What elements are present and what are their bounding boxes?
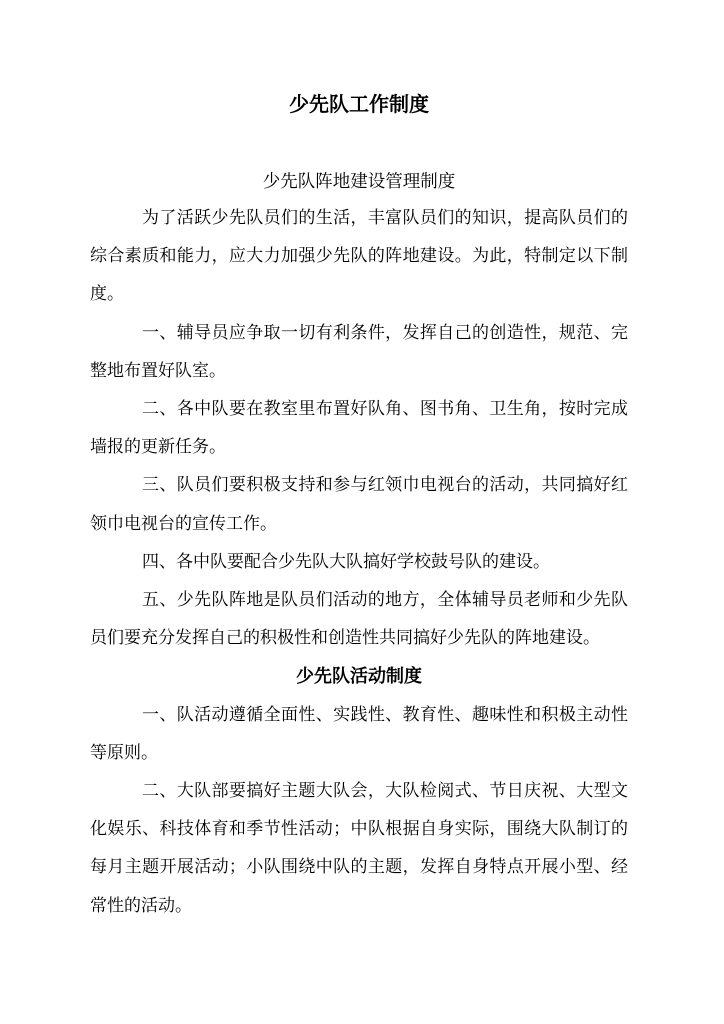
document-title: 少先队工作制度 [90, 90, 628, 120]
section-2-heading: 少先队活动制度 [90, 657, 628, 695]
section-1-heading: 少先队阵地建设管理制度 [90, 169, 628, 193]
section-1-paragraph-2: 一、辅导员应争取一切有利条件，发挥自己的创造性，规范、完整地布置好队室。 [90, 314, 628, 390]
section-2-paragraph-1: 一、队活动遵循全面性、实践性、教育性、趣味性和积极主动性等原则。 [90, 696, 628, 772]
section-1-paragraph-5: 四、各中队要配合少先队大队搞好学校鼓号队的建设。 [90, 543, 628, 581]
section-1-paragraph-6: 五、少先队阵地是队员们活动的地方，全体辅导员老师和少先队员们要充分发挥自己的积极… [90, 581, 628, 657]
section-1-paragraph-3: 二、各中队要在教室里布置好队角、图书角、卫生角，按时完成墙报的更新任务。 [90, 390, 628, 466]
document-page: 少先队工作制度 少先队阵地建设管理制度 为了活跃少先队员们的生活，丰富队员们的知… [0, 0, 724, 1024]
section-1-paragraph-1: 为了活跃少先队员们的生活，丰富队员们的知识，提高队员们的综合素质和能力，应大力加… [90, 199, 628, 314]
section-1-paragraph-4: 三、队员们要积极支持和参与红领巾电视台的活动，共同搞好红领巾电视台的宣传工作。 [90, 466, 628, 542]
section-2-paragraph-2: 二、大队部要搞好主题大队会，大队检阅式、节日庆祝、大型文化娱乐、科技体育和季节性… [90, 772, 628, 925]
